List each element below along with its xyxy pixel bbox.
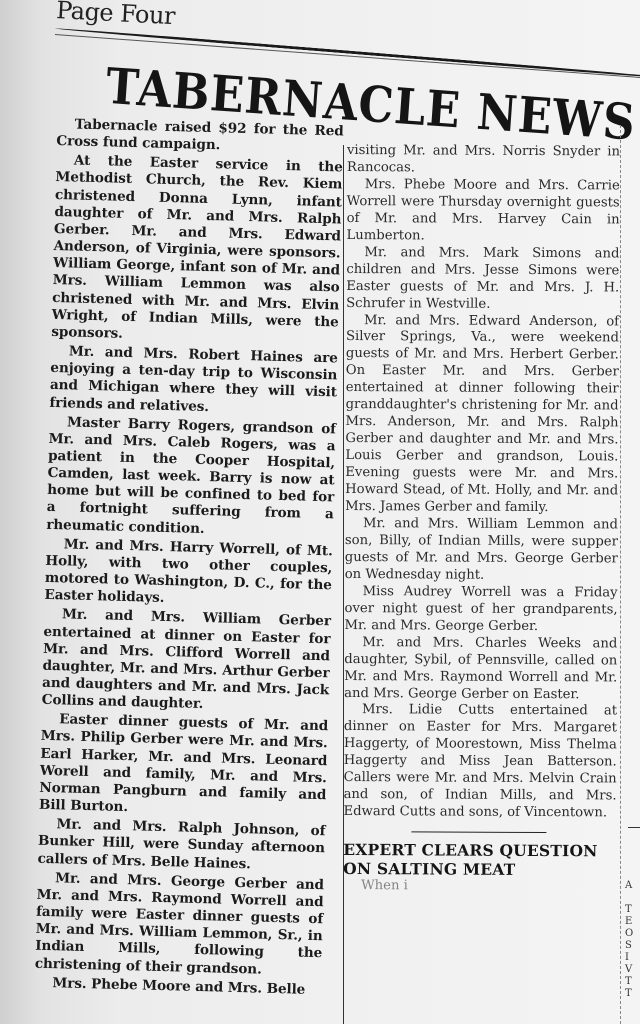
news-item: At the Easter service in the Methodist C… [51,152,343,348]
news-item-continued: visiting Mr. and Mrs. Norris Snyder in R… [347,143,620,178]
left-column: Tabernacle raised $92 for the Red Cross … [34,116,344,1001]
edge-letter [625,892,639,904]
news-item: Mr. and Mrs. Robert Haines are enjoying … [49,343,338,419]
news-item: Mr. and Mrs. Harry Worrell, of Mt. Holly… [44,536,333,612]
news-item: Mrs. Lidie Cutts entertained at dinner o… [343,702,617,822]
edge-letter: I [625,952,639,964]
page-number-label: Page Four [56,0,176,30]
edge-letter: T [625,976,639,988]
news-item: Mr. and Mrs. Mark Simons and children an… [346,245,619,314]
article-lead-text: When i [343,878,616,896]
right-edge-column-divider [620,125,621,1024]
edge-letter: T [625,904,639,916]
news-item: Mr. and Mrs. Ralph Johnson, of Bunker Hi… [37,816,325,875]
edge-letter: V [625,964,639,976]
news-item: Tabernacle raised $92 for the Red Cross … [56,116,344,158]
right-column: visiting Mr. and Mrs. Norris Snyder in R… [343,143,620,896]
news-item: Master Barry Rogers, grandson of Mr. and… [46,414,336,542]
news-item: Mr. and Mrs. William Gerber entertained … [41,606,331,716]
article-headline: EXPERT CLEARS QUESTION ON SALTING MEAT [343,840,616,879]
newspaper-page: Page Four TABERNACLE NEWS Tabernacle rai… [0,0,640,1024]
edge-letter: E [625,916,639,928]
edge-letter: A [625,880,639,892]
news-item: Mr. and Mrs. Edward Anderson, of Silver … [345,313,619,518]
news-item: Easter dinner guests of Mr. and Mrs. Phi… [39,711,329,821]
edge-letter: S [625,940,639,952]
news-item: Mrs. Phebe Moore and Mrs. Carrie Worrell… [346,177,619,246]
edge-dash [628,827,640,828]
edge-letter: O [625,928,639,940]
news-item: Mr. and Mrs. William Lemmon and son, Bil… [345,516,618,585]
news-item: Mr. and Mrs. George Gerber and Mr. and M… [35,869,325,979]
news-item: Mr. and Mrs. Charles Weeks and daughter,… [344,635,617,704]
adjacent-column-fragment: A T E O S I V T T [625,880,639,1000]
news-item: Miss Audrey Worrell was a Friday over ni… [344,584,617,636]
article-divider [411,831,546,833]
edge-letter: T [625,988,639,1000]
